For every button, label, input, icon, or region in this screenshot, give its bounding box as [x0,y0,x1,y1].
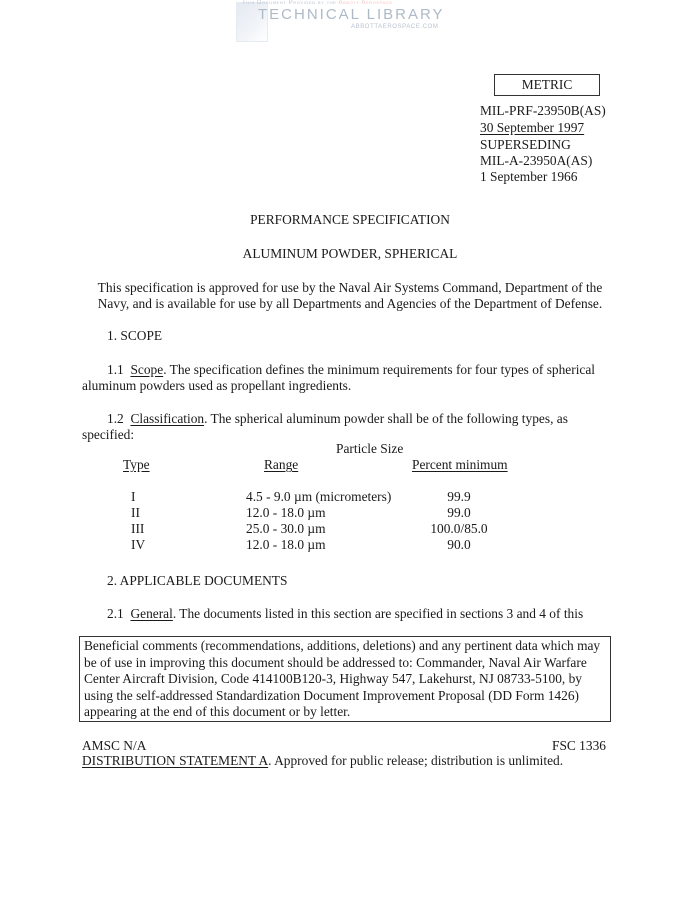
metric-label: METRIC [494,74,600,96]
superseded-date: 1 September 1966 [480,169,577,185]
doc-date: 30 September 1997 [480,120,584,136]
watermark: This Document Provided by the Abbott Aer… [236,0,466,44]
comment-line: Center Aircraft Division, Code 414100B12… [84,671,606,688]
section-1-1-number: 1.1 [107,362,124,377]
table-cell-percent: 99.0 [399,505,519,521]
superseding-label: SUPERSEDING [480,137,571,153]
table-cell-range: 12.0 - 18.0 µm [246,505,326,521]
section-2-heading: 2. APPLICABLE DOCUMENTS [107,573,287,589]
table-cell-range: 25.0 - 30.0 µm [246,521,326,537]
superseded-number: MIL-A-23950A(AS) [480,153,592,169]
table-cell-percent: 100.0/85.0 [399,521,519,537]
comment-line: appearing at the end of this document or… [84,704,606,721]
table-cell-percent: 90.0 [399,537,519,553]
comment-line: be of use in improving this document sho… [84,655,606,672]
distribution-label: DISTRIBUTION STATEMENT A [82,753,268,768]
section-1-2-number: 1.2 [107,411,124,426]
section-1-2-text: . The spherical aluminum powder shall be… [204,411,568,426]
table-cell-type: II [131,505,140,521]
section-1-1-line-2: aluminum powders used as propellant ingr… [82,378,351,394]
section-1-1-title: Scope [130,362,163,377]
section-1-1-line-1: 1.1 Scope. The specification defines the… [107,362,595,378]
spec-type-title: PERFORMANCE SPECIFICATION [0,212,700,228]
beneficial-comments-box: Beneficial comments (recommendations, ad… [79,636,611,722]
section-2-1-number: 2.1 [107,606,124,621]
section-2-1-title: General [130,606,172,621]
table-header-type: Type [123,457,150,473]
table-header-range: Range [264,457,298,473]
table-cell-type: III [131,521,144,537]
approval-line-2: Navy, and is available for use by all De… [0,296,700,312]
table-header-percent: Percent minimum [412,457,508,473]
fsc-label: FSC 1336 [552,738,606,754]
amsc-label: AMSC N/A [82,738,146,754]
table-cell-type: I [131,489,135,505]
table-group-header: Particle Size [336,441,403,457]
section-1-heading: 1. SCOPE [107,328,162,344]
distribution-statement: DISTRIBUTION STATEMENT A. Approved for p… [82,753,563,769]
section-1-1-text: . The specification defines the minimum … [163,362,595,377]
comment-line: Beneficial comments (recommendations, ad… [84,638,606,655]
approval-line-1: This specification is approved for use b… [0,280,700,296]
table-cell-range: 12.0 - 18.0 µm [246,537,326,553]
watermark-title: TECHNICAL LIBRARY [258,6,445,23]
section-1-2-line-1: 1.2 Classification. The spherical alumin… [107,411,568,427]
distribution-text: . Approved for public release; distribut… [268,753,563,768]
section-1-2-line-2: specified: [82,427,134,443]
section-2-1-text: . The documents listed in this section a… [173,606,583,621]
section-1-2-title: Classification [130,411,204,426]
spec-subject-title: ALUMINUM POWDER, SPHERICAL [0,246,700,262]
table-cell-type: IV [131,537,145,553]
section-2-1-line-1: 2.1 General. The documents listed in thi… [107,606,583,622]
doc-number: MIL-PRF-23950B(AS) [480,103,606,119]
table-cell-percent: 99.9 [399,489,519,505]
table-cell-range: 4.5 - 9.0 µm (micrometers) [246,489,391,505]
comment-line: using the self-addressed Standardization… [84,688,606,705]
watermark-url: ABBOTTAEROSPACE.COM [351,24,439,30]
